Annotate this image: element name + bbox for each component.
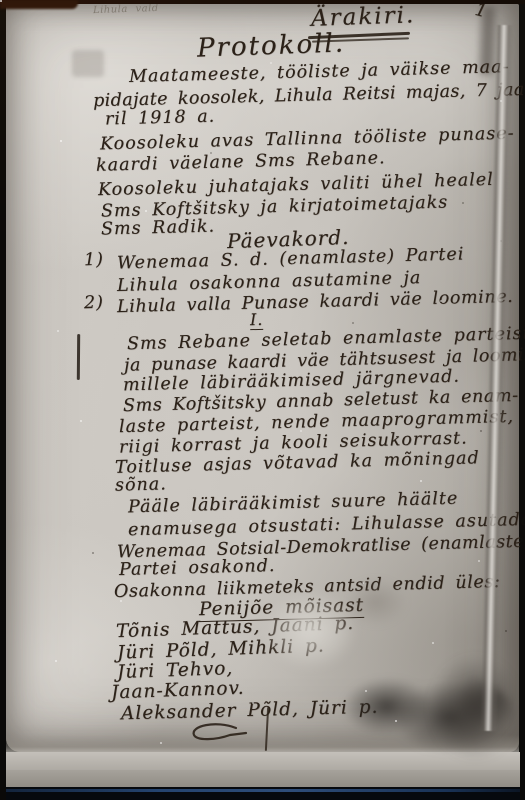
photo-frame: Lihula vald Ärakiri. 1 Protokoll. Maatam…: [0, 0, 525, 800]
smudge: [262, 590, 357, 670]
film-blue-line: [0, 789, 525, 792]
body-line: sõna.: [115, 476, 167, 495]
flourish-mark: [186, 722, 250, 744]
ink-blot: [430, 655, 520, 760]
smudge: [345, 578, 407, 626]
protocol-title: Protokoll.: [197, 30, 346, 61]
film-edge: [0, 787, 525, 800]
agenda-item-number: 1): [84, 252, 104, 270]
backing-band: [0, 770, 525, 787]
copy-label: Ärakiri.: [311, 4, 416, 31]
section-numeral: I.: [250, 312, 264, 330]
frame-edge-right: [520, 0, 525, 800]
smudge: [72, 50, 104, 77]
agenda-item-number: 2): [84, 295, 104, 313]
opening-line: Sms Radik.: [101, 219, 216, 239]
frame-edge-top: [0, 0, 525, 4]
dust-specks: [0, 0, 2, 2]
frame-edge-left: [0, 0, 6, 800]
ink-stroke: [77, 334, 80, 380]
frame-corner: [0, 0, 78, 9]
body-line: Partei osakond.: [119, 558, 276, 580]
intro-line: ril 1918 a.: [105, 109, 216, 129]
member-line: Jaan-Kannov.: [111, 680, 245, 703]
